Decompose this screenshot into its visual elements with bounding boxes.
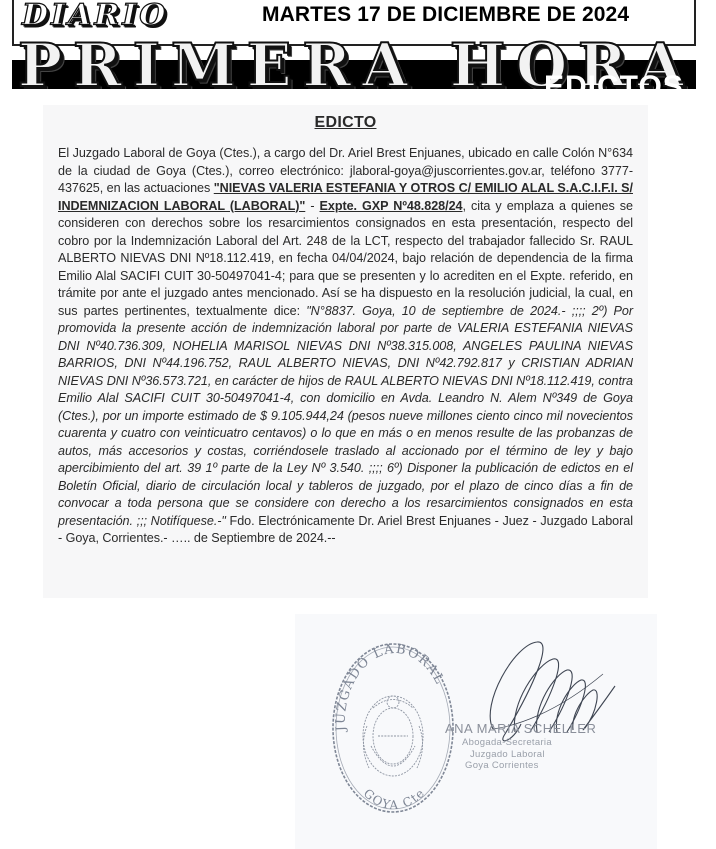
brand-top-word: DIARIO [22,0,168,32]
court-seal-icon: JUZGADO LABORAL GOYA Ctes. [323,636,463,816]
section-label: EDICTOS [544,70,684,89]
resolution-quote: "N°8837. Goya, 10 de septiembre de 2024.… [58,304,633,528]
publication-date: MARTES 17 DE DICIEMBRE DE 2024 [262,3,629,27]
signatory-role: Abogada-Secretaria [462,737,552,748]
svg-text:JUZGADO LABORAL: JUZGADO LABORAL [334,642,448,734]
signatory-office: Juzgado Laboral [470,749,545,760]
signatory-name: ANA MARIA SCHELLER [445,721,596,736]
signatory-city: Goya Corrientes [465,760,539,771]
newspaper-masthead: DIARIO PRIMERA HORA MARTES 17 DE DICIEMB… [0,0,716,90]
case-file-number: Expte. GXP Nº48.828/24 [320,199,463,213]
signature-block: JUZGADO LABORAL GOYA Ctes. ANA MARIA SCH… [295,614,657,849]
edict-document: EDICTO El Juzgado Laboral de Goya (Ctes.… [43,105,648,598]
edict-title: EDICTO [58,114,633,132]
edict-body: El Juzgado Laboral de Goya (Ctes.), a ca… [58,145,633,548]
edict-summons: , cita y emplaza a quienes se consideren… [58,199,633,318]
separator: - [305,199,319,213]
